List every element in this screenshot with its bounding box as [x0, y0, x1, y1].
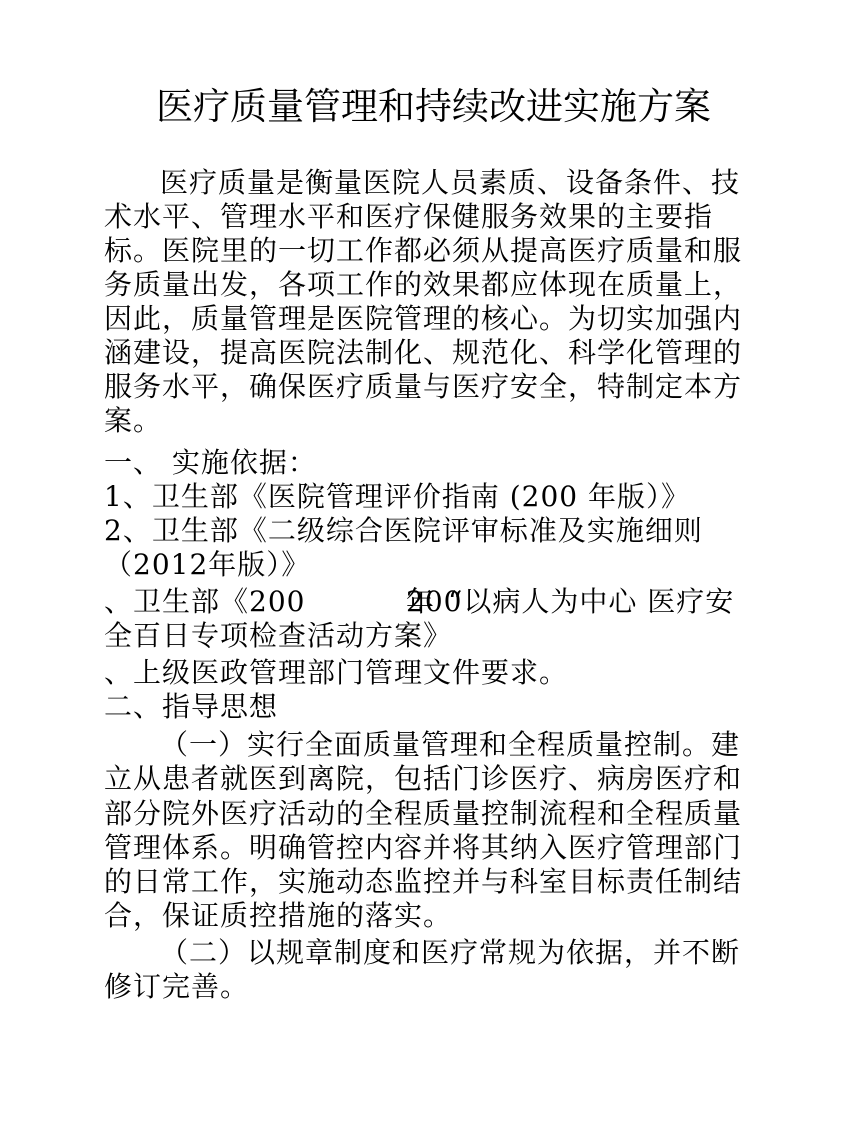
para-line: 立从患者就医到离院，包括门诊医疗、病房医疗和	[104, 762, 742, 796]
para-line: （二）以规章制度和医疗常规为依据，并不断	[160, 936, 740, 970]
document-title: 医疗质量管理和持续改进实施方案	[0, 84, 867, 130]
para-line: 部分院外医疗活动的全程质量控制流程和全程质量	[104, 797, 742, 831]
para-line: 的日常工作，实施动态监控并与科室目标责任制结	[104, 865, 742, 899]
intro-line: 因此，质量管理是医院管理的核心。为切实加强内	[104, 302, 742, 336]
intro-line: 服务水平，确保医疗质量与医疗安全，特制定本方	[104, 370, 742, 404]
intro-line: 案。	[104, 404, 162, 438]
para-line: 修订完善。	[104, 970, 249, 1004]
para-line: 合，保证质控措施的落实。	[104, 899, 452, 933]
basis-item-continued: （2012年版）》	[104, 548, 310, 582]
basis-item: 、卫生部《200 200 年 “以病人为中心 医疗安	[104, 585, 804, 619]
intro-line: 务质量出发，各项工作的效果都应体现在质量上，	[104, 268, 742, 302]
basis-item: 1、卫生部《医院管理评价指南 (200 年版）》	[104, 480, 690, 514]
basis-item: 2、卫生部《二级综合医院评审标准及实施细则	[104, 514, 703, 548]
para-line: 管理体系。明确管控内容并将其纳入医疗管理部门	[104, 831, 742, 865]
basis-item: 、上级医政管理部门管理文件要求。	[104, 656, 568, 690]
basis-item-continued: 全百日专项检查活动方案》	[104, 619, 452, 653]
section-heading: 一、 实施依据：	[104, 446, 317, 480]
section-heading: 二、指导思想	[104, 690, 278, 724]
intro-line: 涵建设，提高医院法制化、规范化、科学化管理的	[104, 336, 742, 370]
intro-line: 医疗质量是衡量医院人员素质、设备条件、技	[160, 166, 740, 200]
document-page: 医疗质量管理和持续改进实施方案 医疗质量是衡量医院人员素质、设备条件、技 术水平…	[0, 0, 867, 1122]
intro-line: 术水平、管理水平和医疗保健服务效果的主要指	[104, 200, 713, 234]
intro-line: 标。医院里的一切工作都必须从提高医疗质量和服	[104, 234, 742, 268]
basis-item-overlap-over: 年	[406, 585, 435, 619]
basis-item-part: 、卫生部《200	[104, 585, 305, 619]
para-line: （一）实行全面质量管理和全程质量控制。建	[160, 728, 740, 762]
basis-item-part: “以病人为中心 医疗安	[448, 585, 734, 619]
